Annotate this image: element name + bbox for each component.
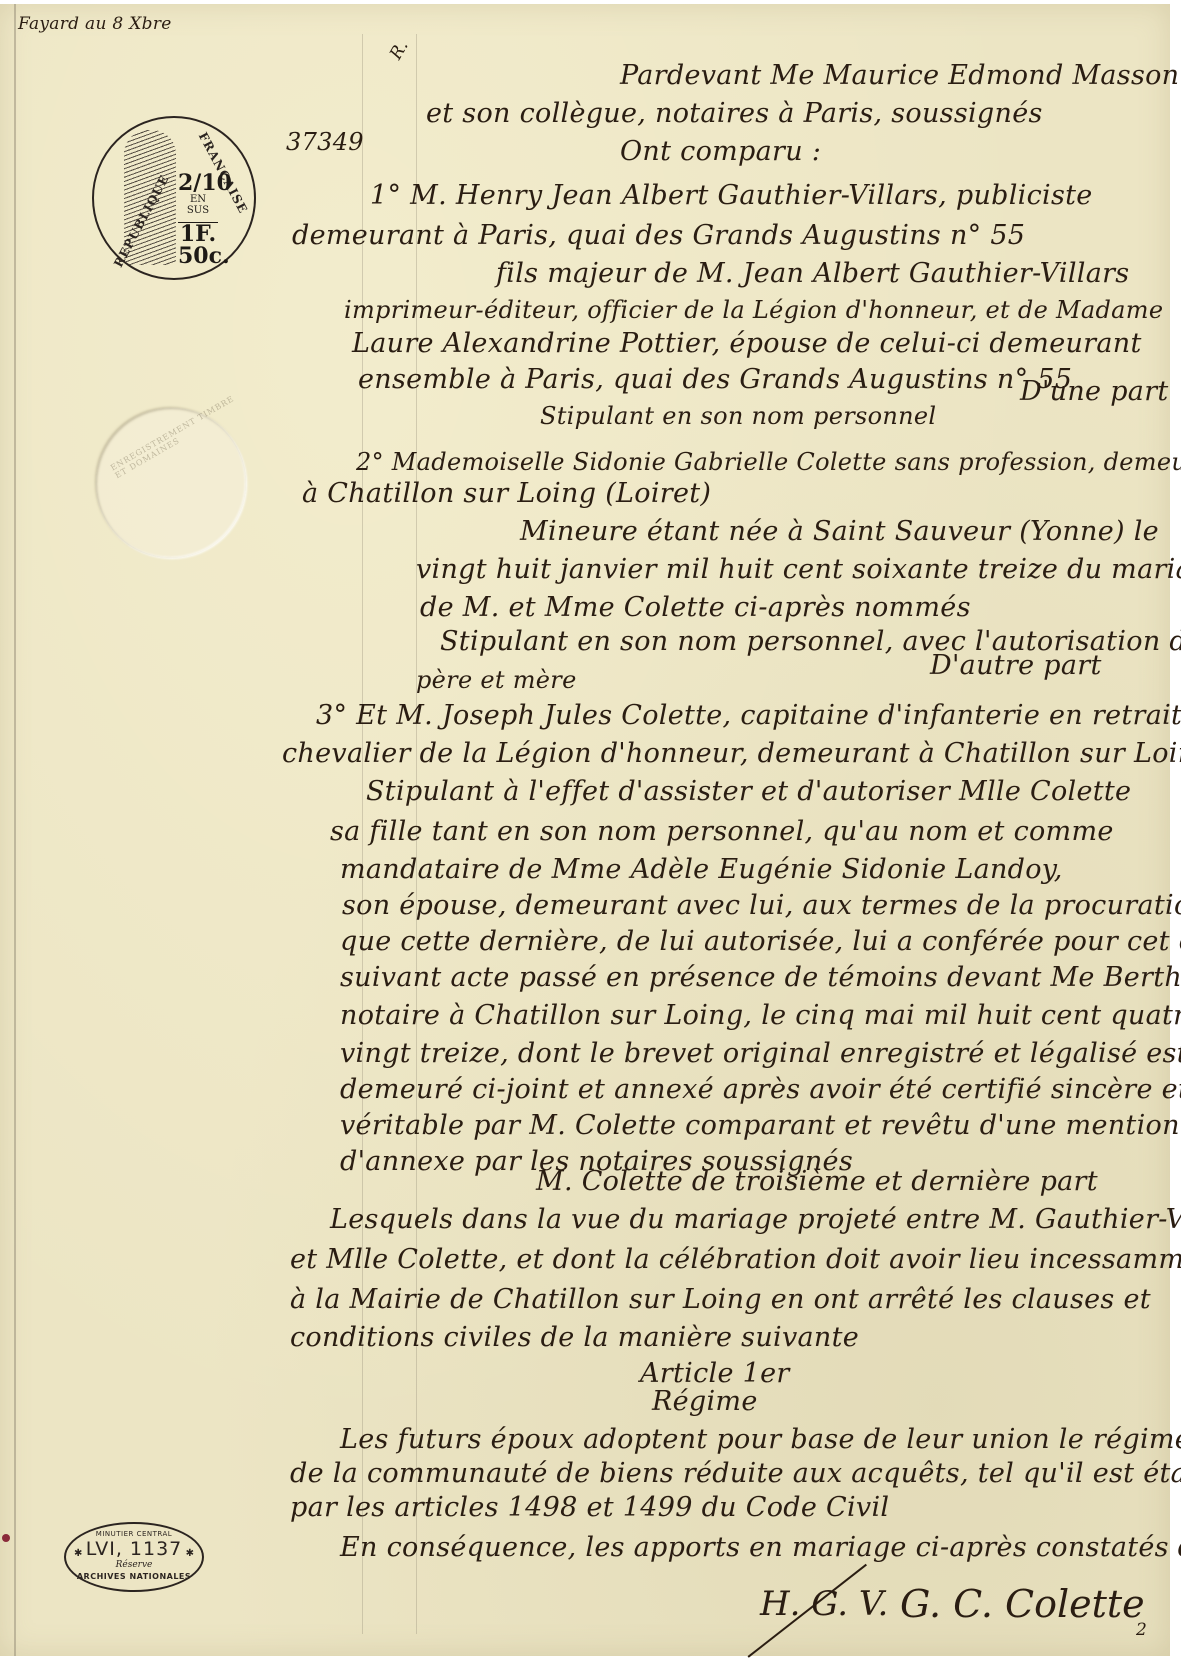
header-line: Ont comparu : <box>620 136 821 167</box>
binding-fold <box>14 4 16 1656</box>
party2-line: 2° Mademoiselle Sidonie Gabrielle Colett… <box>356 448 1181 476</box>
party3-line: notaire à Chatillon sur Loing, le cinq m… <box>340 1000 1181 1031</box>
signature-gauthier-villars: H. G. V. <box>760 1584 888 1624</box>
preamble-line: et Mlle Colette, et dont la célébration … <box>290 1244 1181 1275</box>
party3-line: demeuré ci-joint et annexé après avoir é… <box>340 1074 1181 1105</box>
document-page: Fayard au 8 Xbre R. 37349 REPUBLIQUE FRA… <box>0 4 1170 1656</box>
seal-text: ENREGISTREMENT TIMBRE ET DOMAINES <box>109 394 241 481</box>
party1-line: ensemble à Paris, quai des Grands August… <box>358 364 1072 395</box>
party3-line: que cette dernière, de lui autorisée, lu… <box>340 926 1181 957</box>
party2-line: à Chatillon sur Loing (Loiret) <box>302 478 711 509</box>
preamble-line: Lesquels dans la vue du mariage projeté … <box>330 1204 1181 1235</box>
preamble-line: à la Mairie de Chatillon sur Loing en on… <box>290 1284 1151 1315</box>
party3-line: vingt treize, dont le brevet original en… <box>340 1038 1181 1069</box>
article-line: Les futurs époux adoptent pour base de l… <box>340 1424 1181 1455</box>
party1-line: 1° M. Henry Jean Albert Gauthier-Villars… <box>370 180 1093 211</box>
party3-line: sa fille tant en son nom personnel, qu'a… <box>330 816 1114 847</box>
fiscal-stamp: REPUBLIQUE FRANÇAISE 2/10 EN SUS 1F. 50c… <box>92 116 256 280</box>
stamp-value-cents: 50c. <box>178 245 218 267</box>
party3-line: Stipulant à l'effet d'assister et d'auto… <box>366 776 1131 807</box>
margin-note: Fayard au 8 Xbre <box>18 14 172 34</box>
party3-line: suivant acte passé en présence de témoin… <box>340 962 1181 993</box>
page-number: 2 <box>1136 1620 1147 1640</box>
archive-bottom-text: ARCHIVES NATIONALES <box>66 1572 202 1581</box>
party2-line: Mineure étant née à Saint Sauveur (Yonne… <box>520 516 1159 547</box>
stamp-value-box: 2/10 EN SUS 1F. 50c. <box>178 172 218 267</box>
party3-line: véritable par M. Colette comparant et re… <box>340 1110 1180 1141</box>
party1-line: fils majeur de M. Jean Albert Gauthier-V… <box>496 258 1129 289</box>
stamp-rate-sub: EN SUS <box>178 194 218 216</box>
party3-line: chevalier de la Légion d'honneur, demeur… <box>282 738 1181 769</box>
party1-line: Stipulant en son nom personnel <box>540 402 936 430</box>
article-title: Régime <box>652 1386 758 1417</box>
party1-line: demeurant à Paris, quai des Grands Augus… <box>292 220 1025 251</box>
party2-line: D'autre part <box>930 650 1102 681</box>
binding-pin <box>2 1534 10 1542</box>
article-line: de la communauté de biens réduite aux ac… <box>290 1458 1181 1489</box>
archive-top-text: MINUTIER CENTRAL <box>66 1530 202 1538</box>
archive-stamp: MINUTIER CENTRAL ✱ LVI, 1137 ✱ Réserve A… <box>64 1522 204 1592</box>
star-icon: ✱ <box>186 1548 194 1559</box>
header-line: et son collègue, notaires à Paris, souss… <box>426 98 1043 129</box>
party1-line: D'une part <box>1020 376 1169 407</box>
party2-line: vingt huit janvier mil huit cent soixant… <box>416 554 1181 585</box>
party2-line: père et mère <box>416 666 577 694</box>
registry-number: 37349 <box>286 128 364 156</box>
article-line: par les articles 1498 et 1499 du Code Ci… <box>290 1492 889 1523</box>
registration-mark: R. <box>386 37 413 63</box>
party1-line: Laure Alexandrine Pottier, épouse de cel… <box>352 328 1142 359</box>
embossed-seal: ENREGISTREMENT TIMBRE ET DOMAINES <box>96 408 246 558</box>
archive-code: LVI, 1137 <box>66 1538 202 1560</box>
party1-line: imprimeur-éditeur, officier de la Légion… <box>344 296 1163 324</box>
archive-note: Réserve <box>66 1560 202 1570</box>
party2-line: de M. et Mme Colette ci-après nommés <box>420 592 971 623</box>
preamble-line: conditions civiles de la manière suivant… <box>290 1322 859 1353</box>
party3-line: M. Colette de troisième et dernière part <box>536 1166 1098 1197</box>
header-line: Pardevant Me Maurice Edmond Masson <box>620 60 1179 91</box>
article-number: Article 1er <box>640 1358 790 1389</box>
stamp-value-main: 1F. <box>178 222 218 245</box>
party3-line: mandataire de Mme Adèle Eugénie Sidonie … <box>340 854 1063 885</box>
stamp-rate: 2/10 <box>178 172 218 194</box>
article-line: En conséquence, les apports en mariage c… <box>340 1532 1181 1563</box>
party3-line: 3° Et M. Joseph Jules Colette, capitaine… <box>316 700 1181 731</box>
party3-line: son épouse, demeurant avec lui, aux term… <box>342 890 1181 921</box>
signature-colette: G. C. Colette <box>900 1582 1145 1626</box>
